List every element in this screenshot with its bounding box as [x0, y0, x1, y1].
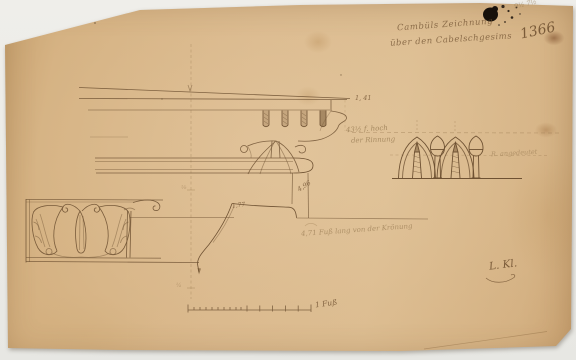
- tick-label-upper: ⅛: [181, 186, 186, 192]
- signature-flourish: [486, 274, 515, 282]
- photo-backdrop: Cambüls Zeichnung über den Cabelschgesim…: [0, 0, 576, 360]
- drawing-linework: [0, 0, 576, 360]
- paper-specks: [94, 22, 342, 100]
- paper-wrapper: Cambüls Zeichnung über den Cabelschgesim…: [0, 0, 576, 360]
- torus-band-drawing: [95, 158, 313, 218]
- palmette-ornament-drawing: [26, 199, 160, 263]
- dentil-band: [263, 111, 326, 127]
- tick-label-lower: ¼: [176, 284, 181, 290]
- paper-crease: [424, 332, 547, 350]
- dimension-cornice: 1, 41: [355, 95, 372, 102]
- cornice-section-drawing: [79, 85, 350, 141]
- console-bracket-drawing: [241, 141, 306, 174]
- scale-bar: [188, 305, 311, 313]
